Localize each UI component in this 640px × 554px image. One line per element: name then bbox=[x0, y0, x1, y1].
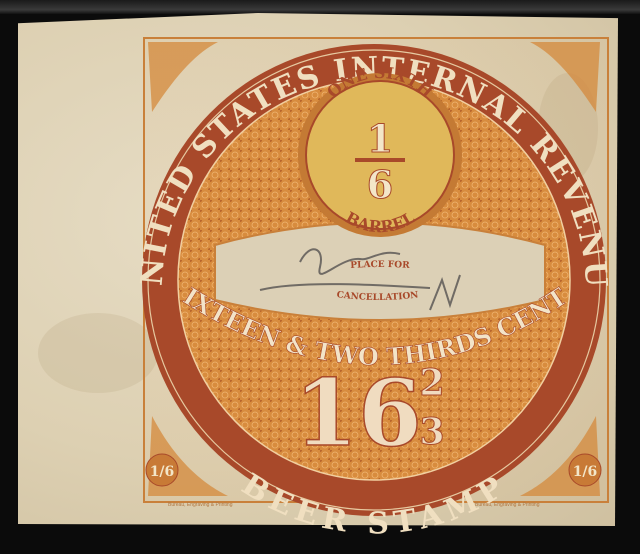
corner-fraction-left: 1/6 bbox=[150, 464, 175, 480]
denomination-fraction-denominator: 3 bbox=[419, 411, 444, 453]
cancel-label-top: PLACE FOR bbox=[350, 260, 410, 271]
svg-text:PLACE FOR: PLACE FOR bbox=[350, 260, 410, 271]
denomination-number: 16 bbox=[294, 359, 422, 467]
imprint-right: Bureau, Engraving & Printing bbox=[475, 502, 539, 508]
corner-fraction-right: 1/6 bbox=[573, 464, 598, 480]
disc-denominator: 6 bbox=[367, 162, 393, 207]
imprint-left: Bureau, Engraving & Printing bbox=[168, 502, 232, 508]
stamp-engraving: UNITED STATES INTERNAL REVENUE BEER STAM… bbox=[0, 0, 640, 554]
disc-numerator: 1 bbox=[367, 116, 393, 161]
denomination-fraction-numerator: 2 bbox=[419, 362, 444, 404]
